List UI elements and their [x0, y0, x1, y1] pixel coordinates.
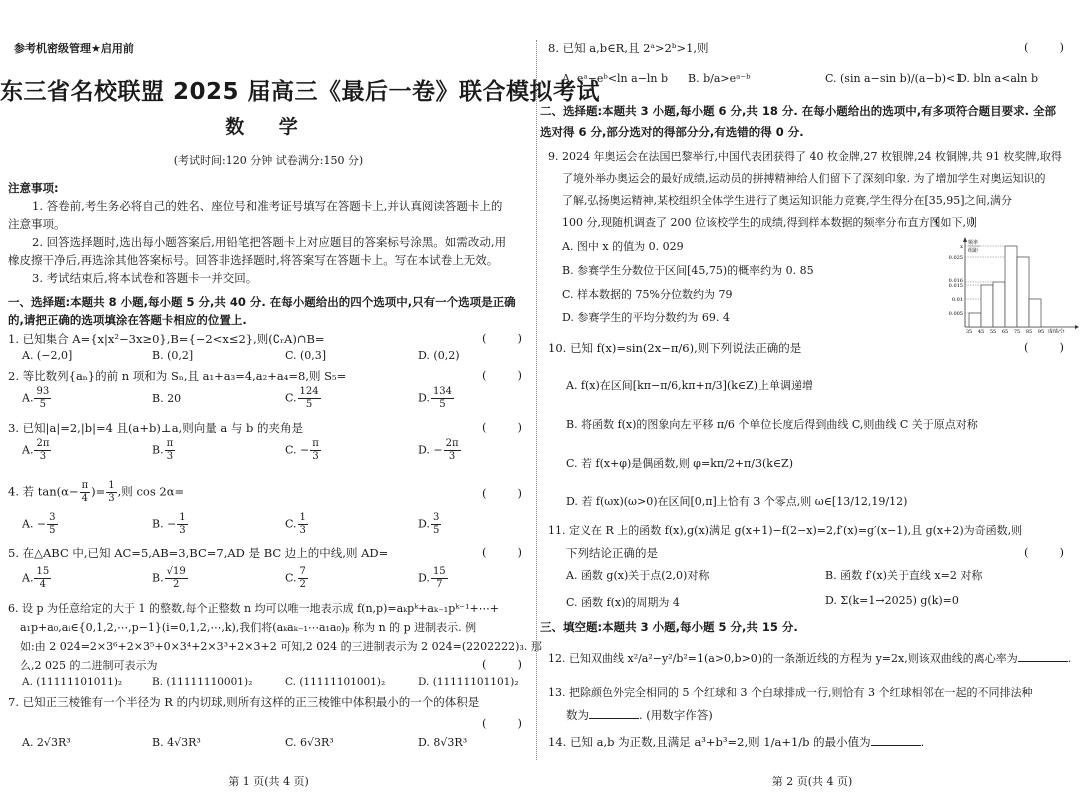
q8-option-b: B. b/a>eᵃ⁻ᵇ: [688, 72, 751, 85]
note-2-cont: 橡皮擦干净后,再选涂其他答案标号。回答非选择题时,将答案写在答题卡上。写在本试卷…: [8, 251, 498, 269]
answer-bracket-5[interactable]: (): [482, 545, 522, 559]
answer-blank-12[interactable]: [1018, 651, 1068, 662]
q7-option-a: A. 2√3R³: [22, 736, 71, 749]
question-9-line-1: 9. 2024 年奥运会在法国巴黎举行,中国代表团获得了 40 枚金牌,27 枚…: [548, 148, 1062, 164]
q8-option-a: A. eᵃ−eᵇ<ln a−ln b: [562, 72, 668, 85]
y-axis-label-top: 频率: [968, 239, 978, 246]
q4-option-b: B. −13: [152, 512, 189, 537]
q3-option-d: D. −2π3: [418, 438, 462, 463]
section-2-heading: 二、选择题:本题共 3 小题,每小题 6 分,共 18 分. 在每小题给出的选项…: [540, 103, 1056, 119]
question-4-stem: 4. 若 tan(α−π4)=13,则 cos 2α=: [8, 480, 184, 505]
svg-text:95: 95: [1038, 329, 1044, 333]
question-5-stem: 5. 在△ABC 中,已知 AC=5,AB=3,BC=7,AD 是 BC 边上的…: [8, 545, 388, 561]
svg-text:85: 85: [1026, 329, 1032, 333]
page-divider: [536, 40, 537, 760]
svg-text:45: 45: [978, 329, 984, 333]
svg-text:0.01: 0.01: [952, 297, 963, 303]
question-2-stem: 2. 等比数列{aₙ}的前 n 项和为 Sₙ,且 a₁+a₃=4,a₂+a₄=8…: [8, 368, 346, 384]
q6-option-a: A. (11111101011)₂: [22, 676, 122, 688]
q2-option-b: B. 20: [152, 392, 181, 405]
answer-bracket-4[interactable]: (): [482, 486, 522, 500]
question-11-line-2: 下列结论正确的是: [566, 545, 658, 561]
q11-option-d: D. Σ(k=1→2025) g(k)=0: [825, 594, 959, 607]
q7-option-c: C. 6√3R³: [285, 736, 334, 749]
q6-option-b: B. (11111110001)₂: [152, 676, 252, 688]
svg-text:0.015: 0.015: [949, 283, 963, 289]
svg-text:0.025: 0.025: [949, 255, 963, 261]
question-12: 12. 已知双曲线 x²/a²−y²/b²=1(a>0,b>0)的一条渐近线的方…: [548, 650, 1071, 666]
q11-option-a: A. 函数 g(x)关于点(2,0)对称: [566, 567, 709, 583]
exam-page-1: 参考机密级管理★启用前 东三省名校联盟 2025 届高三《最后一卷》联合模拟考试…: [0, 0, 537, 800]
q3-option-b: B.π3: [152, 438, 176, 463]
q5-option-d: D.157: [418, 566, 449, 591]
question-14: 14. 已知 a,b 为正数,且满足 a³+b³=2,则 1/a+1/b 的最小…: [548, 734, 924, 750]
section-3-heading: 三、填空题:本题共 3 小题,每小题 5 分,共 15 分.: [540, 619, 798, 635]
exam-page-2: 8. 已知 a,b∈R,且 2ᵃ>2ᵇ>1,则 () A. eᵃ−eᵇ<ln a…: [540, 0, 1084, 800]
question-6-line-2: a₁p+a₀,aᵢ∈{0,1,2,⋯,p−1}(i=0,1,2,⋯,k),我们将…: [20, 619, 476, 635]
q5-option-b: B.√192: [152, 566, 189, 591]
q3-option-c: C. −π3: [285, 438, 322, 463]
q3-option-a: A.2π3: [22, 438, 52, 463]
secret-label: 参考机密级管理★启用前: [14, 40, 134, 56]
q10-option-a: A. f(x)在区间[kπ−π/6,kπ+π/3](k∈Z)上单调递增: [566, 377, 813, 393]
exam-title: 东三省名校联盟 2025 届高三《最后一卷》联合模拟考试: [0, 73, 537, 106]
q9-option-d: D. 参赛学生的平均分数约为 69. 4: [562, 309, 730, 325]
section-1-heading-cont: 的,请把正确的选项填涂在答题卡相应的位置上.: [8, 312, 247, 328]
q10-option-b: B. 将函数 f(x)的图象向左平移 π/6 个单位长度后得到曲线 C,则曲线 …: [566, 416, 978, 432]
note-1: 1. 答卷前,考生务必将自己的姓名、座位号和准考证号填写在答题卡上,并认真阅读答…: [32, 197, 502, 215]
answer-blank-14[interactable]: [871, 735, 921, 746]
frequency-histogram: 频率 组距 x 0.025 0.016 0.015 0.01: [930, 237, 1080, 333]
section-1-heading: 一、选择题:本题共 8 小题,每小题 5 分,共 40 分. 在每小题给出的四个…: [8, 294, 516, 310]
section-2-heading-cont: 选对得 6 分,部分选对的得部分分,有选错的得 0 分.: [540, 124, 804, 140]
q6-option-d: D. (11111101101)₂: [418, 676, 519, 688]
q7-option-b: B. 4√3R³: [152, 736, 201, 749]
q1-option-b: B. (0,2]: [152, 349, 193, 362]
q4-option-c: C.13: [285, 512, 309, 537]
q1-option-c: C. (0,3]: [285, 349, 326, 362]
q10-option-c: C. 若 f(x+φ)是偶函数,则 φ=kπ/2+π/3(k∈Z): [566, 455, 793, 471]
svg-text:55: 55: [990, 329, 996, 333]
question-13-line-1: 13. 把除颜色外完全相同的 5 个红球和 3 个白球排成一行,则恰有 3 个红…: [548, 684, 1032, 700]
question-10-stem: 10. 已知 f(x)=sin(2x−π/6),则下列说法正确的是: [548, 340, 801, 356]
question-7-stem: 7. 已知正三棱锥有一个半径为 R 的内切球,则所有这样的正三棱锥中体积最小的一…: [8, 694, 479, 710]
question-11-line-1: 11. 定义在 R 上的函数 f(x),g(x)满足 g(x+1)−f(2−x)…: [548, 522, 1022, 538]
q4-option-d: D.35: [418, 512, 442, 537]
svg-text:35: 35: [966, 329, 972, 333]
q1-option-d: D. (0,2): [418, 349, 460, 362]
q7-option-d: D. 8√3R³: [418, 736, 467, 749]
q5-option-c: C.72: [285, 566, 309, 591]
q6-option-c: C. (11111101001)₂: [285, 676, 385, 688]
q4-option-a: A. −35: [22, 512, 59, 537]
svg-text:x: x: [960, 244, 963, 250]
q8-option-c: C. (sin a−sin b)/(a−b)<1: [825, 72, 962, 85]
answer-bracket-11[interactable]: (): [1024, 545, 1064, 559]
page-footer-1: 第 1 页(共 4 页): [0, 773, 537, 789]
answer-bracket-9[interactable]: (): [935, 214, 975, 228]
answer-bracket-10[interactable]: (): [1024, 340, 1064, 354]
q2-option-d: D.1345: [418, 386, 455, 411]
svg-text:成绩/分: 成绩/分: [1048, 328, 1065, 333]
answer-bracket-3[interactable]: (): [482, 420, 522, 434]
q10-option-d: D. 若 f(ωx)(ω>0)在区间[0,π]上恰有 3 个零点,则 ω∈[13…: [566, 493, 907, 509]
svg-text:0.005: 0.005: [949, 311, 963, 317]
question-6-line-4: 么,2 025 的二进制可表示为: [20, 657, 157, 673]
question-3-stem: 3. 已知|a|=2,|b|=4 且(a+b)⊥a,则向量 a 与 b 的夹角是: [8, 420, 303, 436]
note-2: 2. 回答选择题时,选出每小题答案后,用铅笔把答题卡上对应题目的答案标号涂黑。如…: [32, 233, 506, 251]
answer-bracket-6[interactable]: (): [482, 657, 522, 671]
answer-bracket-1[interactable]: (): [482, 331, 522, 345]
answer-bracket-8[interactable]: (): [1024, 40, 1064, 54]
question-6-line-3: 如:由 2 024=2×3⁶+2×3⁵+0×3⁴+2×3³+2×3+2 可知,2…: [20, 638, 542, 654]
question-1-stem: 1. 已知集合 A={x|x²−3x≥0},B={−2<x≤2},则(∁ᵣA)∩…: [8, 331, 325, 347]
svg-text:75: 75: [1014, 329, 1020, 333]
y-axis-label-bottom: 组距: [968, 247, 978, 254]
exam-info: (考试时间:120 分钟 试卷满分:150 分): [0, 152, 537, 168]
q8-option-d: D. bln a<aln b: [958, 72, 1038, 85]
q9-option-c: C. 样本数据的 75%分位数约为 79: [562, 286, 732, 302]
subject-title: 数 学: [0, 112, 537, 139]
question-6-line-1: 6. 设 p 为任意给定的大于 1 的整数,每个正整数 n 均可以唯一地表示成 …: [8, 600, 499, 616]
question-9-line-3: 了解,弘扬奥运精神,某校组织全体学生进行了奥运知识能力竞赛,学生得分在[35,9…: [562, 192, 1012, 208]
answer-blank-13[interactable]: [589, 708, 639, 719]
answer-bracket-7[interactable]: (): [482, 716, 522, 730]
notes-heading: 注意事项:: [8, 180, 59, 196]
question-9-line-2: 了境外举办奥运会的最好成绩,运动员的拼搏精神给人们留下了深刻印象. 为了增加学生…: [562, 170, 1046, 186]
q1-option-a: A. (−2,0]: [22, 349, 72, 362]
q11-option-c: C. 函数 f(x)的周期为 4: [566, 594, 680, 610]
page-footer-2: 第 2 页(共 4 页): [540, 773, 1084, 789]
question-13-line-2: 数为. (用数字作答): [566, 707, 713, 723]
note-3: 3. 考试结束后,将本试卷和答题卡一并交回。: [32, 269, 257, 287]
question-8-stem: 8. 已知 a,b∈R,且 2ᵃ>2ᵇ>1,则: [548, 40, 709, 56]
q9-option-b: B. 参赛学生分数位于区间[45,75)的概率约为 0. 85: [562, 262, 814, 278]
q2-option-a: A.935: [22, 386, 52, 411]
q2-option-c: C.1245: [285, 386, 322, 411]
q5-option-a: A.154: [22, 566, 52, 591]
note-1-cont: 注意事项。: [8, 215, 66, 233]
answer-bracket-2[interactable]: (): [482, 368, 522, 382]
question-9-line-4: 100 分,现随机调查了 200 位该校学生的成绩,得到样本数据的频率分布直方图…: [562, 214, 977, 230]
q11-option-b: B. 函数 f′(x)关于直线 x=2 对称: [825, 567, 982, 583]
q9-option-a: A. 图中 x 的值为 0. 029: [562, 238, 684, 254]
svg-text:65: 65: [1002, 329, 1008, 333]
